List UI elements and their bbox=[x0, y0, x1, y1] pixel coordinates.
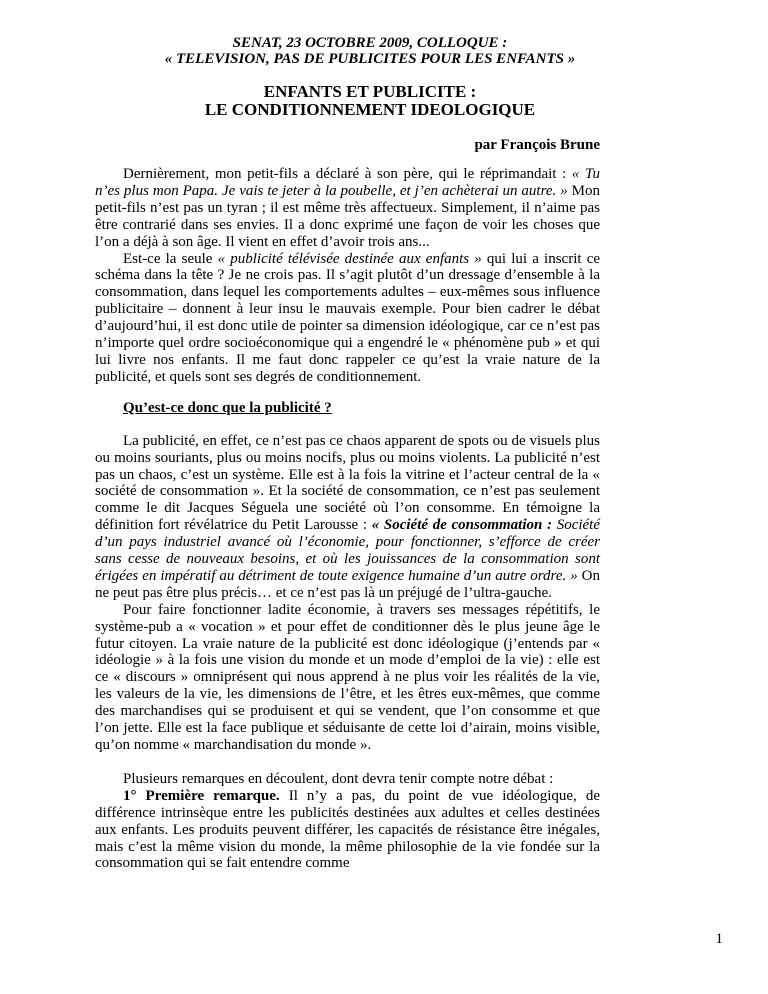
title-line-2: LE CONDITIONNEMENT IDEOLOGIQUE bbox=[95, 101, 645, 119]
title-line-1: ENFANTS ET PUBLICITE : bbox=[95, 83, 645, 101]
document-header: SENAT, 23 OCTOBRE 2009, COLLOQUE : « TEL… bbox=[95, 36, 645, 67]
document-title: ENFANTS ET PUBLICITE : LE CONDITIONNEMEN… bbox=[95, 83, 645, 119]
header-line-1: SENAT, 23 OCTOBRE 2009, COLLOQUE : bbox=[95, 36, 645, 52]
paragraph-4: Pour faire fonctionner ladite économie, … bbox=[95, 602, 600, 754]
paragraph-1: Dernièrement, mon petit-fils a déclaré à… bbox=[95, 166, 600, 251]
body-text: Dernièrement, mon petit-fils a déclaré à… bbox=[95, 166, 600, 872]
paragraph-5: Plusieurs remarques en découlent, dont d… bbox=[95, 771, 600, 788]
paragraph-3: La publicité, en effet, ce n’est pas ce … bbox=[95, 433, 600, 602]
page-number: 1 bbox=[95, 931, 723, 948]
paragraph-6: 1° Première remarque. Il n’y a pas, du p… bbox=[95, 788, 600, 873]
section-heading: Qu’est-ce donc que la publicité ? bbox=[95, 400, 600, 417]
paragraph-2: Est-ce la seule « publicité télévisée de… bbox=[95, 251, 600, 386]
header-line-2: « TELEVISION, PAS DE PUBLICITES POUR LES… bbox=[95, 52, 645, 68]
document-page: SENAT, 23 OCTOBRE 2009, COLLOQUE : « TEL… bbox=[0, 0, 768, 994]
byline: par François Brune bbox=[95, 137, 600, 154]
